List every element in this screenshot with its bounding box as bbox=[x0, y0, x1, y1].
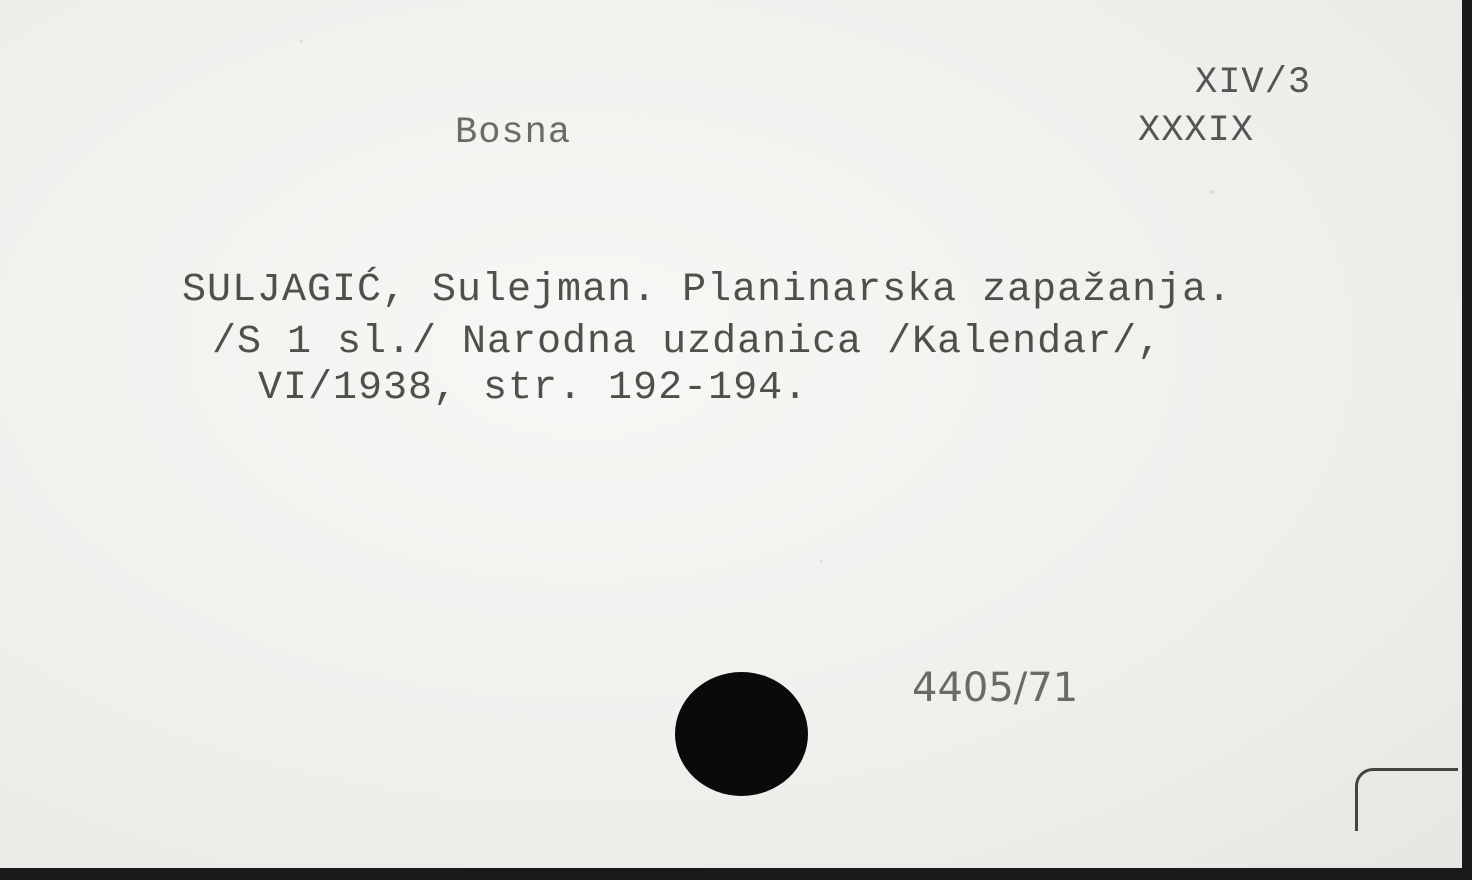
handwritten-mark bbox=[1355, 768, 1458, 831]
entry-author-title: SULJAGIĆ, Sulejman. Planinarska zapažanj… bbox=[182, 268, 1232, 313]
classification-code-1: XIV/3 bbox=[1195, 62, 1311, 104]
paper-speck bbox=[300, 40, 303, 43]
entry-date-pages: VI/1938, str. 192-194. bbox=[258, 366, 808, 411]
punch-hole bbox=[675, 672, 808, 796]
entry-source: /S 1 sl./ Narodna uzdanica /Kalendar/, bbox=[212, 320, 1162, 365]
paper-speck bbox=[820, 560, 823, 563]
catalog-card: Bosna XIV/3 XXXIX SULJAGIĆ, Sulejman. Pl… bbox=[0, 0, 1462, 868]
paper-speck bbox=[1210, 190, 1214, 194]
classification-code-2: XXXIX bbox=[1138, 110, 1254, 152]
accession-number: 4405/71 bbox=[912, 665, 1078, 711]
location-heading: Bosna bbox=[455, 112, 571, 154]
